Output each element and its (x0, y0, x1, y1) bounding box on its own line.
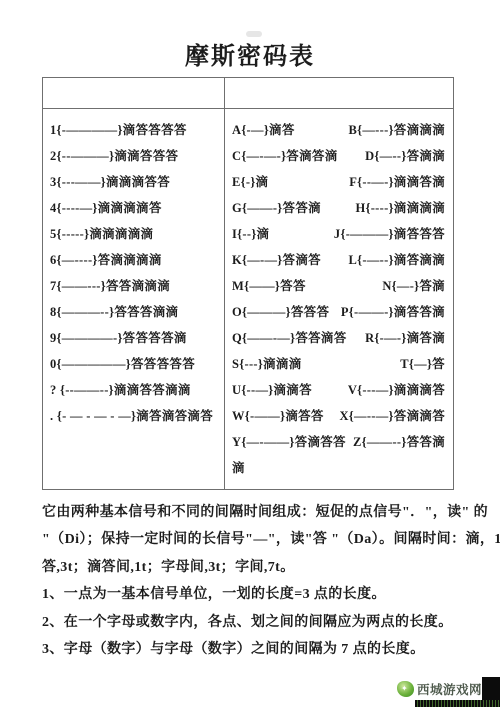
digit-code-row: 8{———--}答答答滴滴 (50, 299, 220, 325)
letter-code-cell: I{--}滴 (232, 221, 269, 247)
letter-code-row: G{——-}答答滴 H{----}滴滴滴滴 (232, 195, 445, 221)
digit-code-row: . {- — - — - —}滴答滴答滴答 (50, 403, 220, 429)
header-cell-right (225, 78, 453, 108)
letter-code-row: O{———}答答答 P{-——-}滴答答滴 (232, 299, 445, 325)
letter-code-wrap-line: 滴 (232, 455, 445, 481)
letter-code-cell: J{-———}滴答答答 (334, 221, 445, 247)
letter-code-row: W{-——}滴答答 X{—--—}答滴滴答 (232, 403, 445, 429)
letter-code-cell: C{—-—-}答滴答滴 (232, 143, 338, 169)
watermark-black-block (482, 677, 500, 700)
letter-code-cell: N{—-}答滴 (382, 273, 445, 299)
digit-code-row: 2{--———}滴滴答答答 (50, 143, 220, 169)
digit-code-row: ? {--——--}滴滴答答滴滴 (50, 377, 220, 403)
header-cell-left (43, 78, 225, 108)
letter-code-cell: Q{——-—}答答滴答 (232, 325, 347, 351)
explanation-text: 它由两种基本信号和不同的间隔时间组成：短促的点信号"．"，读" 的 "（Di）；… (42, 499, 466, 663)
digit-code-row: 0{—————}答答答答答 (50, 351, 220, 377)
letter-code-row: A{-—}滴答 B{—---}答滴滴滴 (232, 117, 445, 143)
text-line: 答,3t；滴答间,1t；字母间,3t；字间,7t。 (42, 554, 466, 581)
morse-code-table: 1{-————}滴答答答答 2{--———}滴滴答答答 3{---——}滴滴滴答… (42, 77, 454, 490)
document-page: 摩斯密码表 1{-————}滴答答答答 2{--———}滴滴答答答 3{---—… (0, 0, 500, 708)
digit-code-row: 9{————-}答答答答滴 (50, 325, 220, 351)
letter-code-cell: U{--—}滴滴答 (232, 377, 312, 403)
letter-code-row: S{---}滴滴滴 T{—}答 (232, 351, 445, 377)
letter-code-cell: S{---}滴滴滴 (232, 351, 302, 377)
letter-code-cell: X{—--—}答滴滴答 (339, 403, 445, 429)
letter-code-cell: P{-——-}滴答答滴 (341, 299, 445, 325)
letter-code-row: M{——}答答 N{—-}答滴 (232, 273, 445, 299)
digit-code-row: 7{——---}答答滴滴滴 (50, 273, 220, 299)
text-line: 1、一点为一基本信号单位，一划的长度=3 点的长度。 (42, 581, 466, 608)
page-title: 摩斯密码表 (0, 36, 500, 71)
letter-code-row: U{--—}滴滴答 V{---—}滴滴滴答 (232, 377, 445, 403)
digit-code-row: 3{---——}滴滴滴答答 (50, 169, 220, 195)
site-watermark: 西城游戏网 (397, 677, 500, 707)
letter-code-cell: Y{—-——}答滴答答 (232, 429, 346, 455)
table-header-row (43, 78, 453, 109)
text-line: 3、字母（数字）与字母（数字）之间的间隔为 7 点的长度。 (42, 636, 466, 663)
letter-code-row: E{-}滴 F{--—-}滴滴答滴 (232, 169, 445, 195)
digit-code-row: 6{—----}答滴滴滴滴 (50, 247, 220, 273)
letter-code-cell: M{——}答答 (232, 273, 306, 299)
text-line: "（Di）；保持一定时间的长信号"—"，读"答 "（Da）。间隔时间：滴，1t； (42, 526, 466, 553)
letter-code-cell: T{—}答 (400, 351, 445, 377)
letter-code-cell: W{-——}滴答答 (232, 403, 324, 429)
letter-code-row: I{--}滴 J{-———}滴答答答 (232, 221, 445, 247)
letter-code-cell: R{-—-}滴答滴 (365, 325, 445, 351)
letter-code-row: K{—-—}答滴答 L{-—--}滴答滴滴 (232, 247, 445, 273)
letters-column: A{-—}滴答 B{—---}答滴滴滴 C{—-—-}答滴答滴 D{—--}答滴… (225, 109, 453, 489)
brand-leaf-icon (397, 681, 414, 697)
letter-code-cell: E{-}滴 (232, 169, 268, 195)
letter-code-cell: A{-—}滴答 (232, 117, 295, 143)
text-line: 2、在一个字母或数字内，各点、划之间的间隔应为两点的长度。 (42, 609, 466, 636)
letter-code-cell: D{—--}答滴滴 (365, 143, 445, 169)
letter-code-cell: Z{——--}答答滴 (353, 429, 445, 455)
table-body: 1{-————}滴答答答答 2{--———}滴滴答答答 3{---——}滴滴滴答… (43, 109, 453, 489)
watermark-main: 西城游戏网 (397, 677, 500, 700)
digit-code-row: 4{----—}滴滴滴滴答 (50, 195, 220, 221)
letter-code-row: Q{——-—}答答滴答 R{-—-}滴答滴 (232, 325, 445, 351)
letter-code-cell: F{--—-}滴滴答滴 (349, 169, 445, 195)
digit-code-row: 5{-----}滴滴滴滴滴 (50, 221, 220, 247)
digit-code-row: 1{-————}滴答答答答 (50, 117, 220, 143)
letter-code-cell: V{---—}滴滴滴答 (348, 377, 445, 403)
text-line: 它由两种基本信号和不同的间隔时间组成：短促的点信号"．"，读" 的 (42, 499, 466, 526)
letter-code-cell: O{———}答答答 (232, 299, 329, 325)
brand-name: 西城游戏网 (417, 680, 482, 698)
logo-tagline-strip (415, 700, 500, 707)
digits-column: 1{-————}滴答答答答 2{--———}滴滴答答答 3{---——}滴滴滴答… (43, 109, 225, 489)
letter-code-row: Y{—-——}答滴答答 Z{——--}答答滴 (232, 429, 445, 455)
letter-code-cell: B{—---}答滴滴滴 (349, 117, 445, 143)
letter-code-cell: L{-—--}滴答滴滴 (349, 247, 445, 273)
letter-code-cell: H{----}滴滴滴滴 (355, 195, 445, 221)
letter-code-cell: G{——-}答答滴 (232, 195, 321, 221)
letter-code-row: C{—-—-}答滴答滴 D{—--}答滴滴 (232, 143, 445, 169)
letter-code-cell: K{—-—}答滴答 (232, 247, 321, 273)
